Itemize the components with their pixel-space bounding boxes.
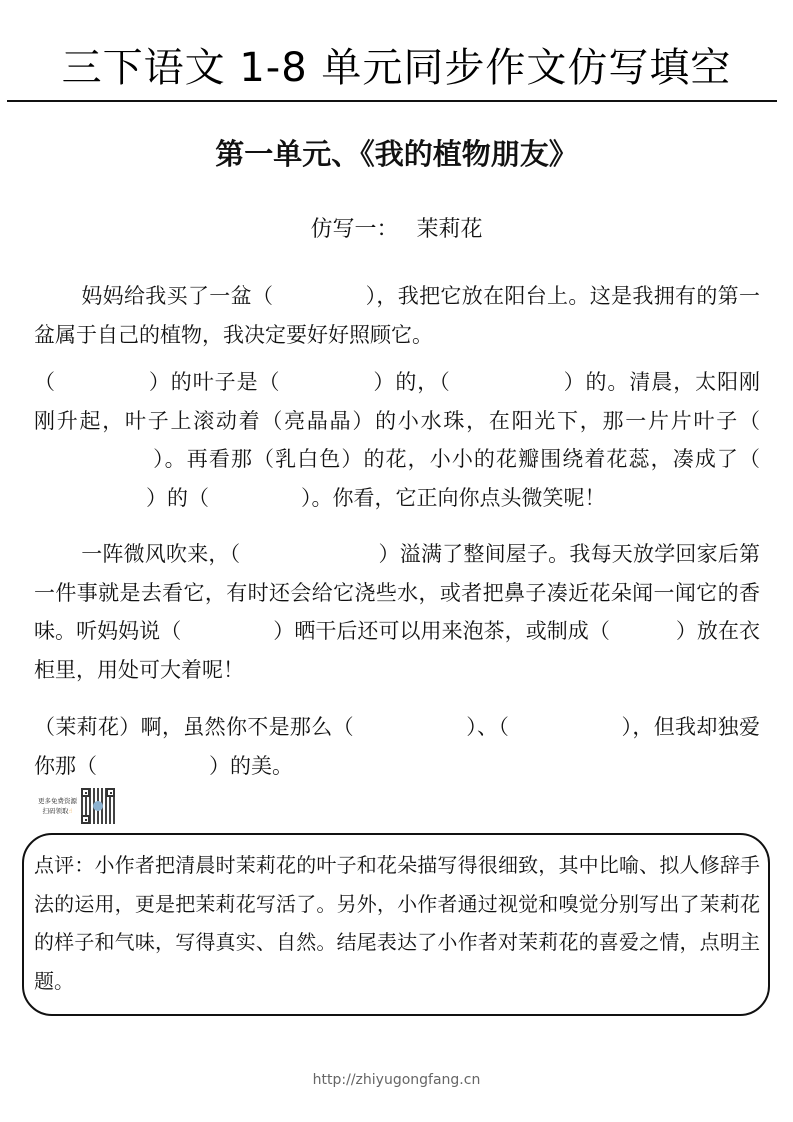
- unit-title: 第一单元、《我的植物朋友》: [0, 134, 793, 174]
- fill-in-blank[interactable]: [354, 708, 466, 747]
- promo-text: 更多免费资源 扫码领取☝: [38, 796, 77, 816]
- paragraph-3: 一阵微风吹来，（ ）溢满了整间屋子。我每天放学回家后第一件事就是去看它，有时还会…: [34, 535, 760, 689]
- promo-line-1: 更多免费资源: [38, 796, 77, 806]
- fill-in-blank[interactable]: [181, 612, 273, 651]
- paragraph-text: 妈妈给我买了一盆（: [81, 284, 273, 308]
- paragraph-4: （茉莉花）啊，虽然你不是那么（ ）、（ ），但我却独爱你那（ ）的美。: [34, 708, 760, 785]
- paragraph-text: ）晒干后还可以用来泡茶，或制成（: [273, 619, 610, 643]
- fill-in-blank[interactable]: [209, 479, 301, 518]
- paragraph-text: ）、（: [466, 715, 509, 739]
- qr-finder-icon: [106, 788, 115, 797]
- comment-text: 点评：小作者把清晨时茉莉花的叶子和花朵描写得很细致，其中比喻、拟人修辞手法的运用…: [34, 846, 760, 1000]
- paragraph-text: ）的（: [146, 486, 209, 510]
- paragraph-text: 一阵微风吹来，（: [81, 542, 240, 566]
- promo-line-2: 扫码领取: [43, 807, 69, 815]
- footer-url[interactable]: http://zhiyugongfang.cn: [0, 1070, 793, 1090]
- paragraph-2: （ ）的叶子是（ ）的，（ ）的。清晨，太阳刚刚升起，叶子上滚动着（亮晶晶）的小…: [34, 363, 760, 517]
- fill-in-blank[interactable]: [280, 363, 372, 402]
- fill-in-blank[interactable]: [273, 277, 365, 316]
- qr-logo-icon: [93, 801, 103, 811]
- paragraph-text: ）的美。: [209, 754, 293, 778]
- qr-code-icon[interactable]: [81, 788, 115, 824]
- qr-finder-icon: [81, 815, 90, 824]
- paragraph-text: （: [34, 370, 56, 394]
- fill-in-blank[interactable]: [610, 612, 676, 651]
- qr-finder-icon: [81, 788, 90, 797]
- fill-in-blank[interactable]: [451, 363, 563, 402]
- fill-in-blank[interactable]: [34, 479, 146, 518]
- fill-in-blank[interactable]: [34, 440, 152, 479]
- fill-in-blank[interactable]: [509, 708, 621, 747]
- section-heading: 仿写一：茉莉花: [0, 212, 793, 248]
- paragraph-1: 妈妈给我买了一盆（ ），我把它放在阳台上。这是我拥有的第一盆属于自己的植物，我决…: [34, 277, 760, 354]
- paragraph-text: ）。再看那（乳白色）的花，小小的花瓣围绕着花蕊，凑成了（: [152, 447, 760, 471]
- paragraph-text: ）的，（: [372, 370, 450, 394]
- paragraph-text: ）的叶子是（: [148, 370, 281, 394]
- paragraph-text: （茉莉花）啊，虽然你不是那么（: [34, 715, 354, 739]
- fill-in-blank[interactable]: [97, 747, 209, 786]
- pointing-hand-icon: ☝: [69, 807, 73, 815]
- fill-in-blank[interactable]: [240, 535, 378, 574]
- promo-qr-block[interactable]: 更多免费资源 扫码领取☝: [38, 788, 115, 824]
- section-topic: 茉莉花: [417, 217, 483, 242]
- section-label: 仿写一：: [310, 217, 398, 242]
- title-divider: [7, 100, 777, 102]
- document-title: 三下语文 1-8 单元同步作文仿写填空: [0, 44, 793, 92]
- paragraph-text: ）。你看，它正向你点头微笑呢！: [301, 486, 606, 510]
- fill-in-blank[interactable]: [56, 363, 148, 402]
